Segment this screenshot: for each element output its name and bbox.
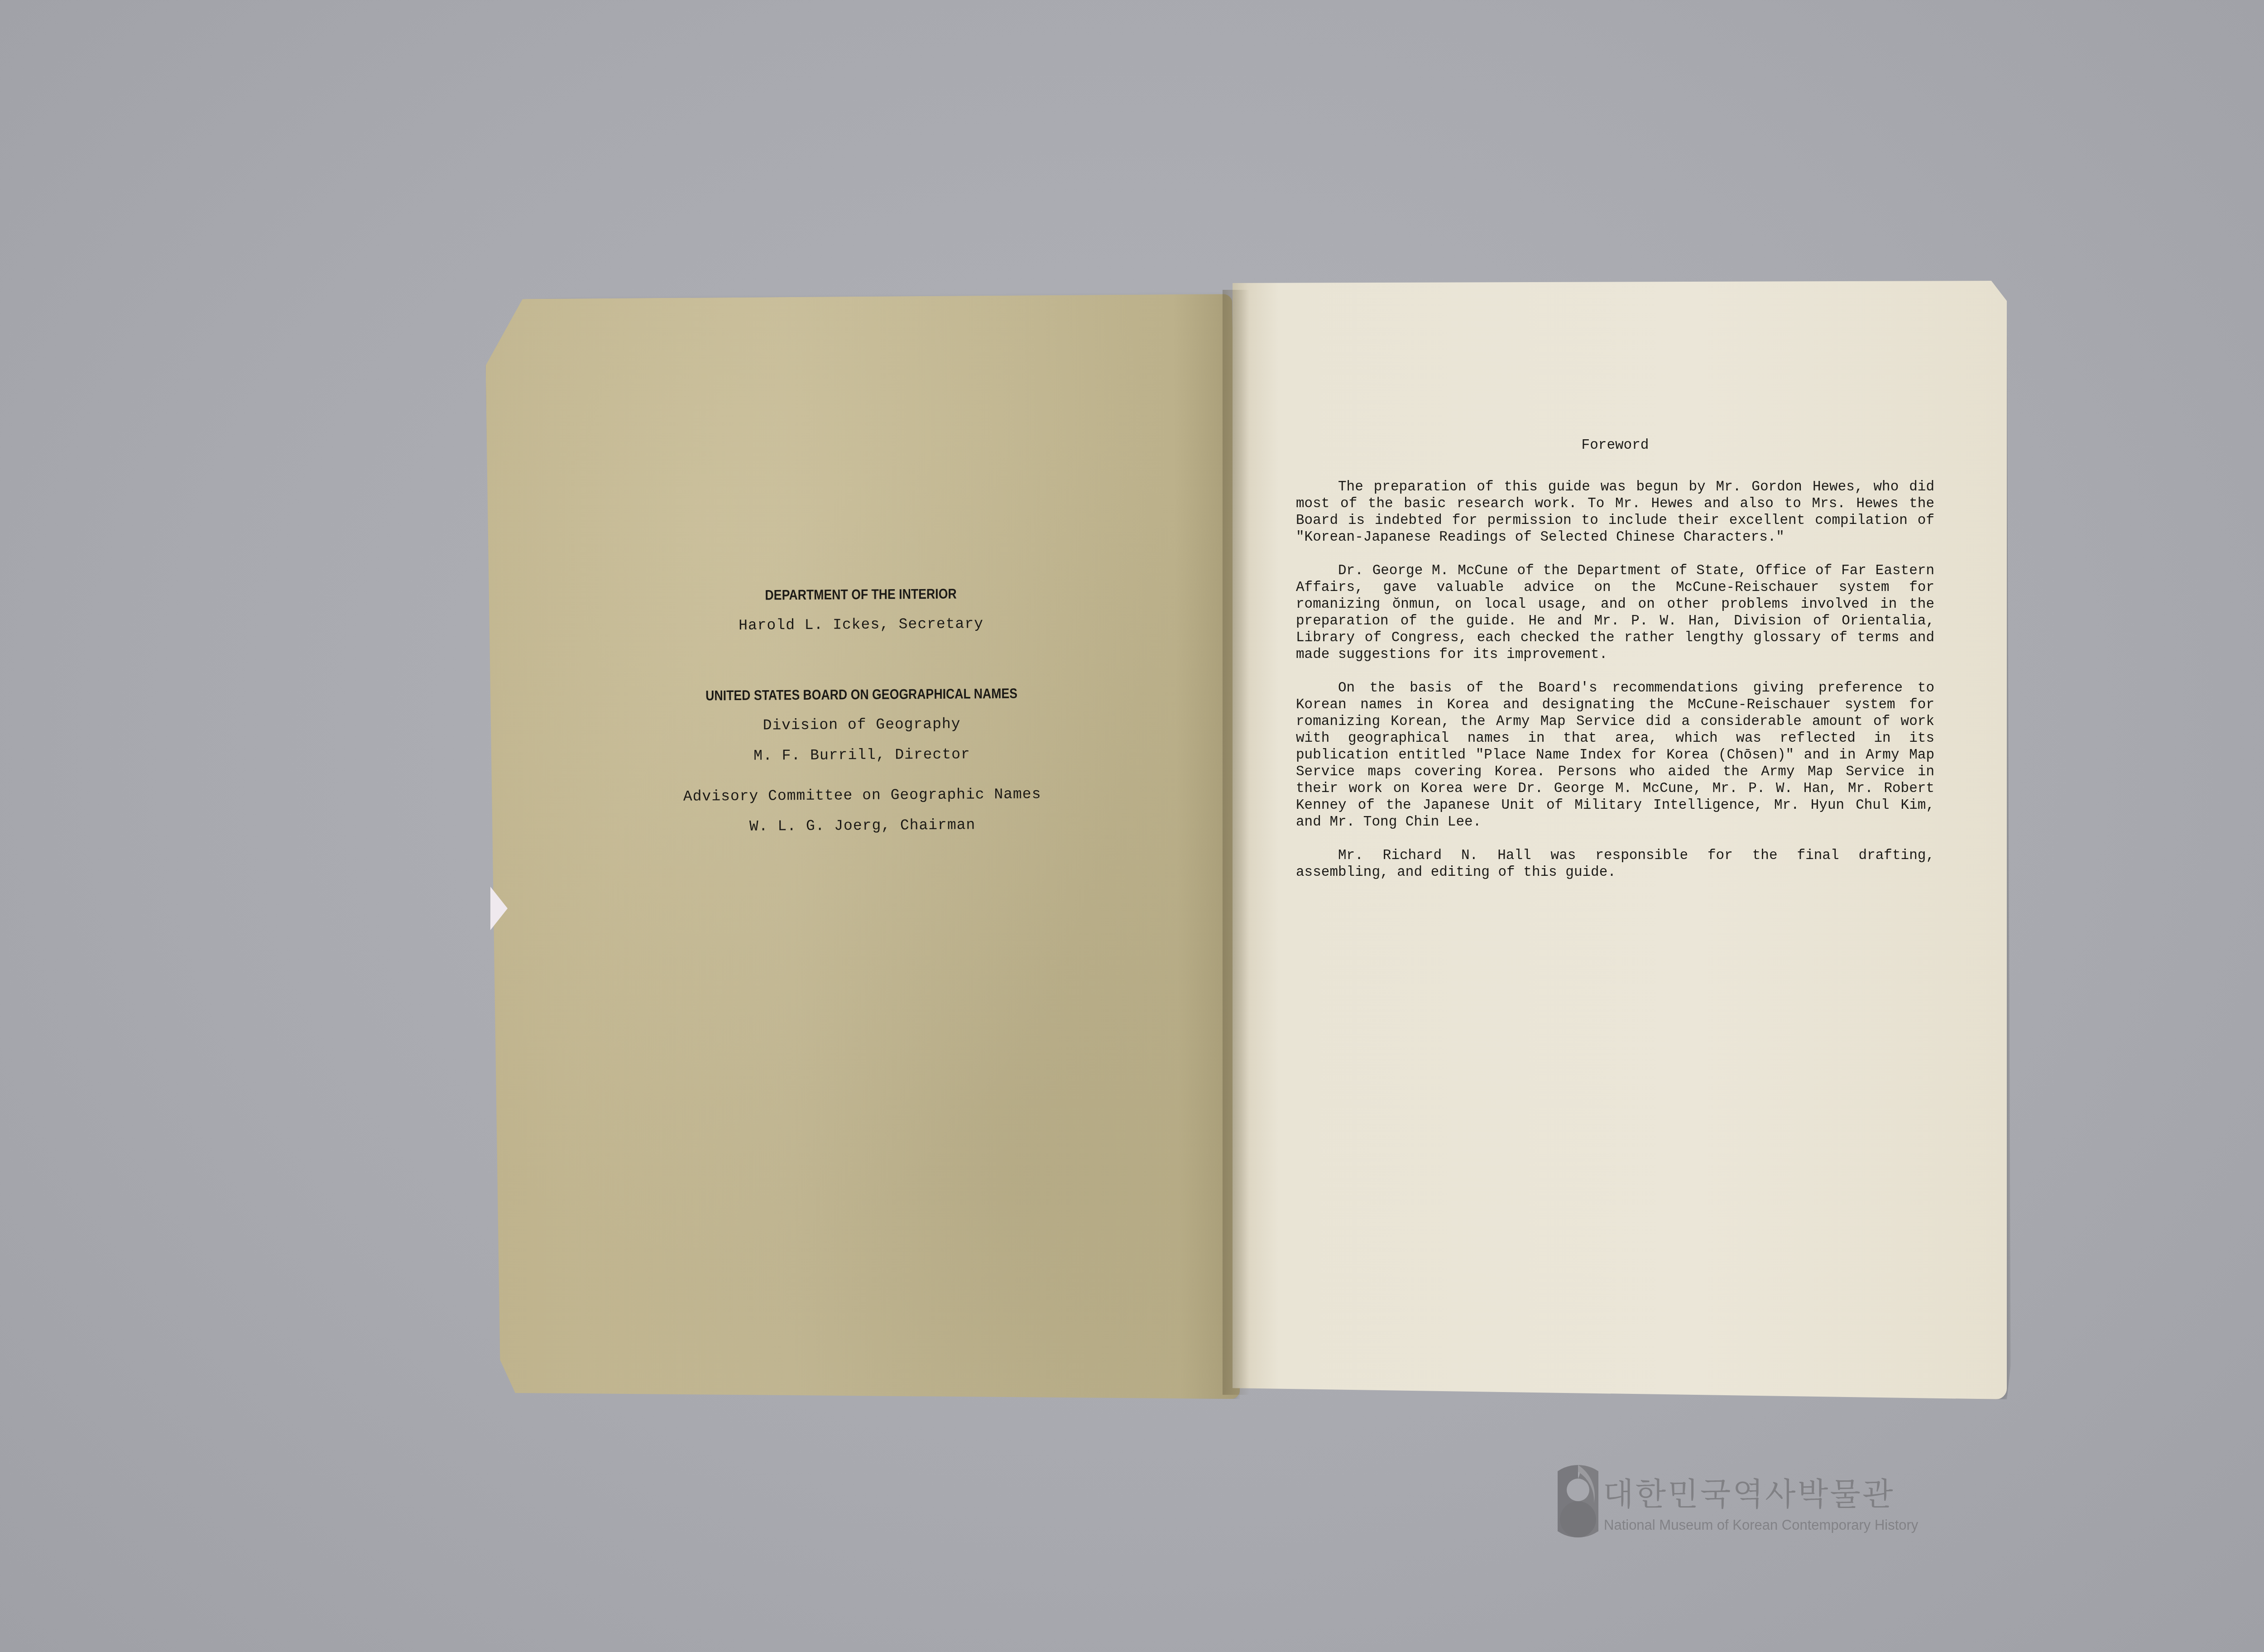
museum-name-korean: 대한민국역사박물관 xyxy=(1603,1476,1895,1513)
museum-name-english: National Museum of Korean Contemporary H… xyxy=(1604,1517,1918,1533)
left-cover-page: DEPARTMENT OF THE INTERIOR Harold L. Ick… xyxy=(485,294,1240,1404)
taegeuk-swirl-icon xyxy=(1558,1463,1598,1540)
board-heading: UNITED STATES BOARD ON GEOGRAPHICAL NAME… xyxy=(540,684,1183,705)
chairman-line: W. L. G. Joerg, Chairman xyxy=(489,815,1236,837)
paper-tab-marker xyxy=(490,887,508,930)
department-heading: DEPARTMENT OF THE INTERIOR xyxy=(539,584,1182,605)
director-line: M. F. Burrill, Director xyxy=(488,744,1235,766)
division-line: Division of Geography xyxy=(488,714,1235,736)
secretary-line: Harold L. Ickes, Secretary xyxy=(487,614,1234,636)
foreword-paragraph: On the basis of the Board's recommendati… xyxy=(1296,680,1934,831)
foreword-body: Foreword The preparation of this guide w… xyxy=(1296,437,1934,898)
committee-line: Advisory Committee on Geographic Names xyxy=(489,784,1236,807)
spine-gutter xyxy=(1223,290,1250,1395)
page-title: Foreword xyxy=(1296,437,1934,454)
open-booklet: DEPARTMENT OF THE INTERIOR Harold L. Ick… xyxy=(0,0,2264,1652)
right-foreword-page: Foreword The preparation of this guide w… xyxy=(1233,281,2007,1399)
foreword-paragraph: Dr. George M. McCune of the Department o… xyxy=(1296,562,1934,663)
foreword-paragraph: The preparation of this guide was begun … xyxy=(1296,479,1934,546)
cover-credits: DEPARTMENT OF THE INTERIOR Harold L. Ick… xyxy=(487,584,1236,837)
museum-watermark: 대한민국역사박물관 National Museum of Korean Cont… xyxy=(1549,1463,2047,1549)
foreword-paragraph: Mr. Richard N. Hall was responsible for … xyxy=(1296,847,1934,881)
